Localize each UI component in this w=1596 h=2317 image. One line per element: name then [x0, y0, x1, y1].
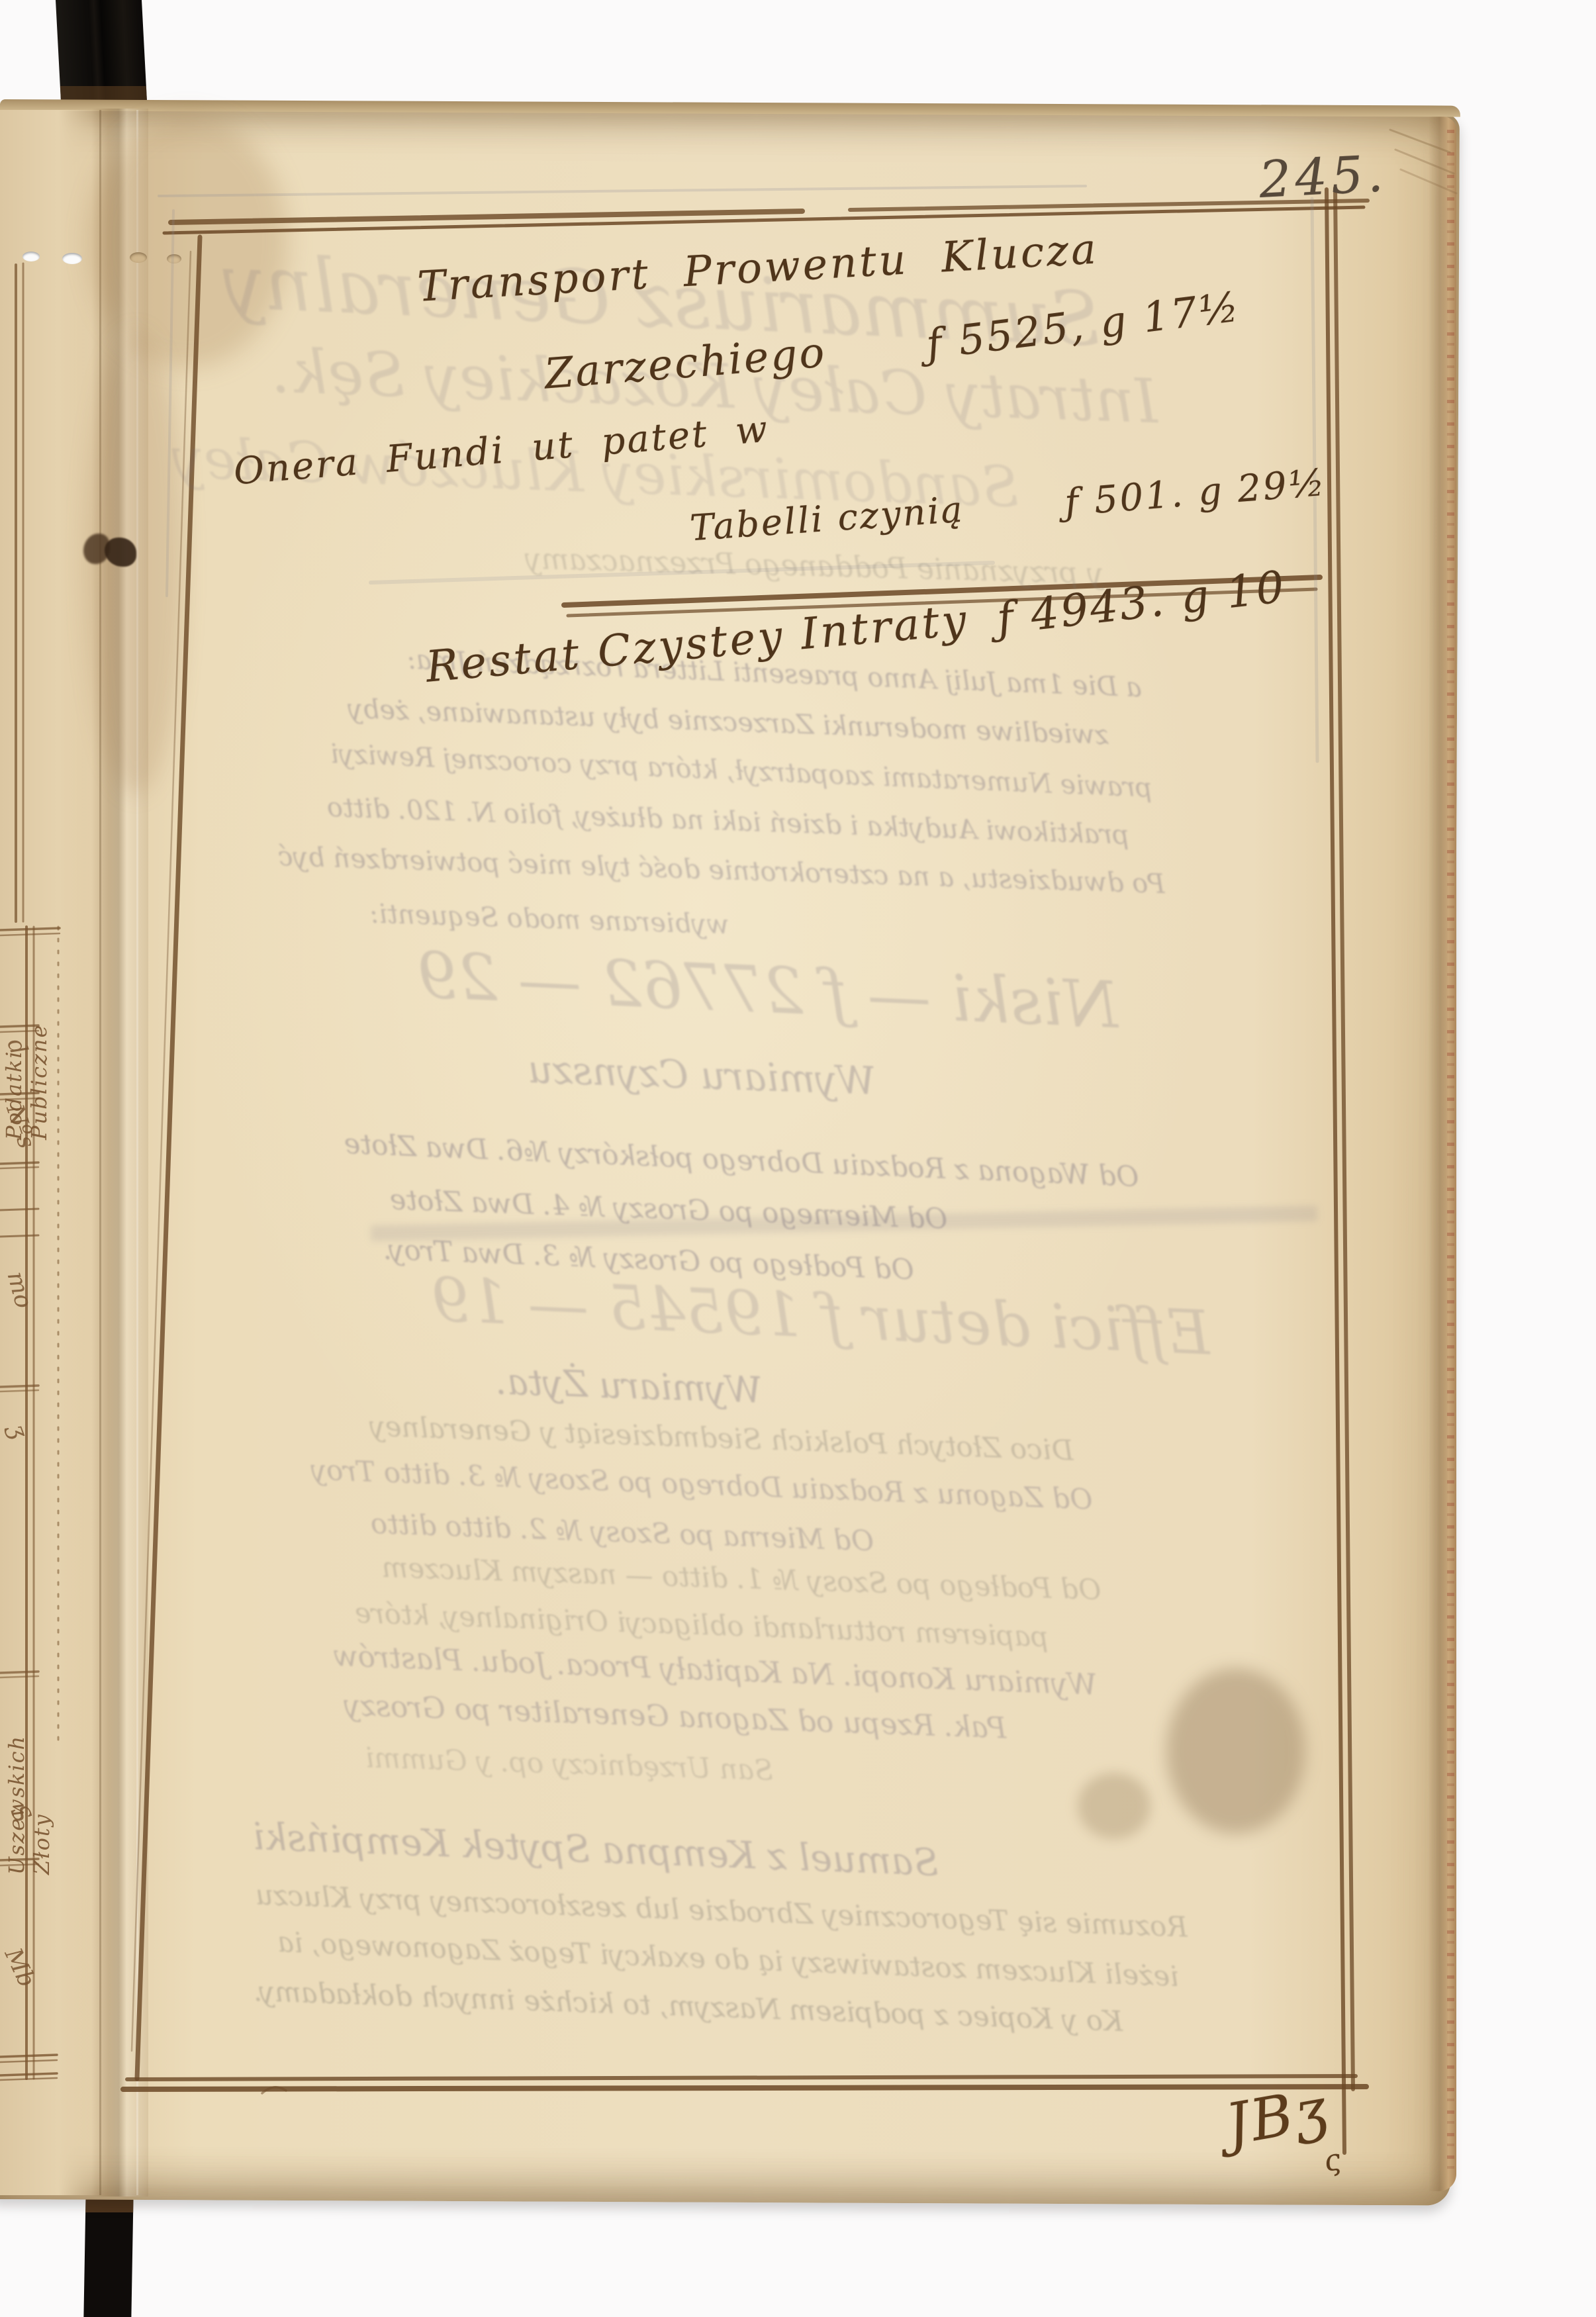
bookmark-ribbons-top: [56, 0, 148, 113]
page-number: 245.: [1258, 144, 1389, 209]
worm-hole: [62, 253, 82, 264]
manuscript-scan: Summariusz Generalny Intraty Całey Kozac…: [0, 0, 1596, 2317]
red-speckled-edge: [1447, 130, 1454, 2175]
worm-hole: [23, 252, 40, 261]
bookmark-ribbon-bottom: [83, 2194, 133, 2317]
